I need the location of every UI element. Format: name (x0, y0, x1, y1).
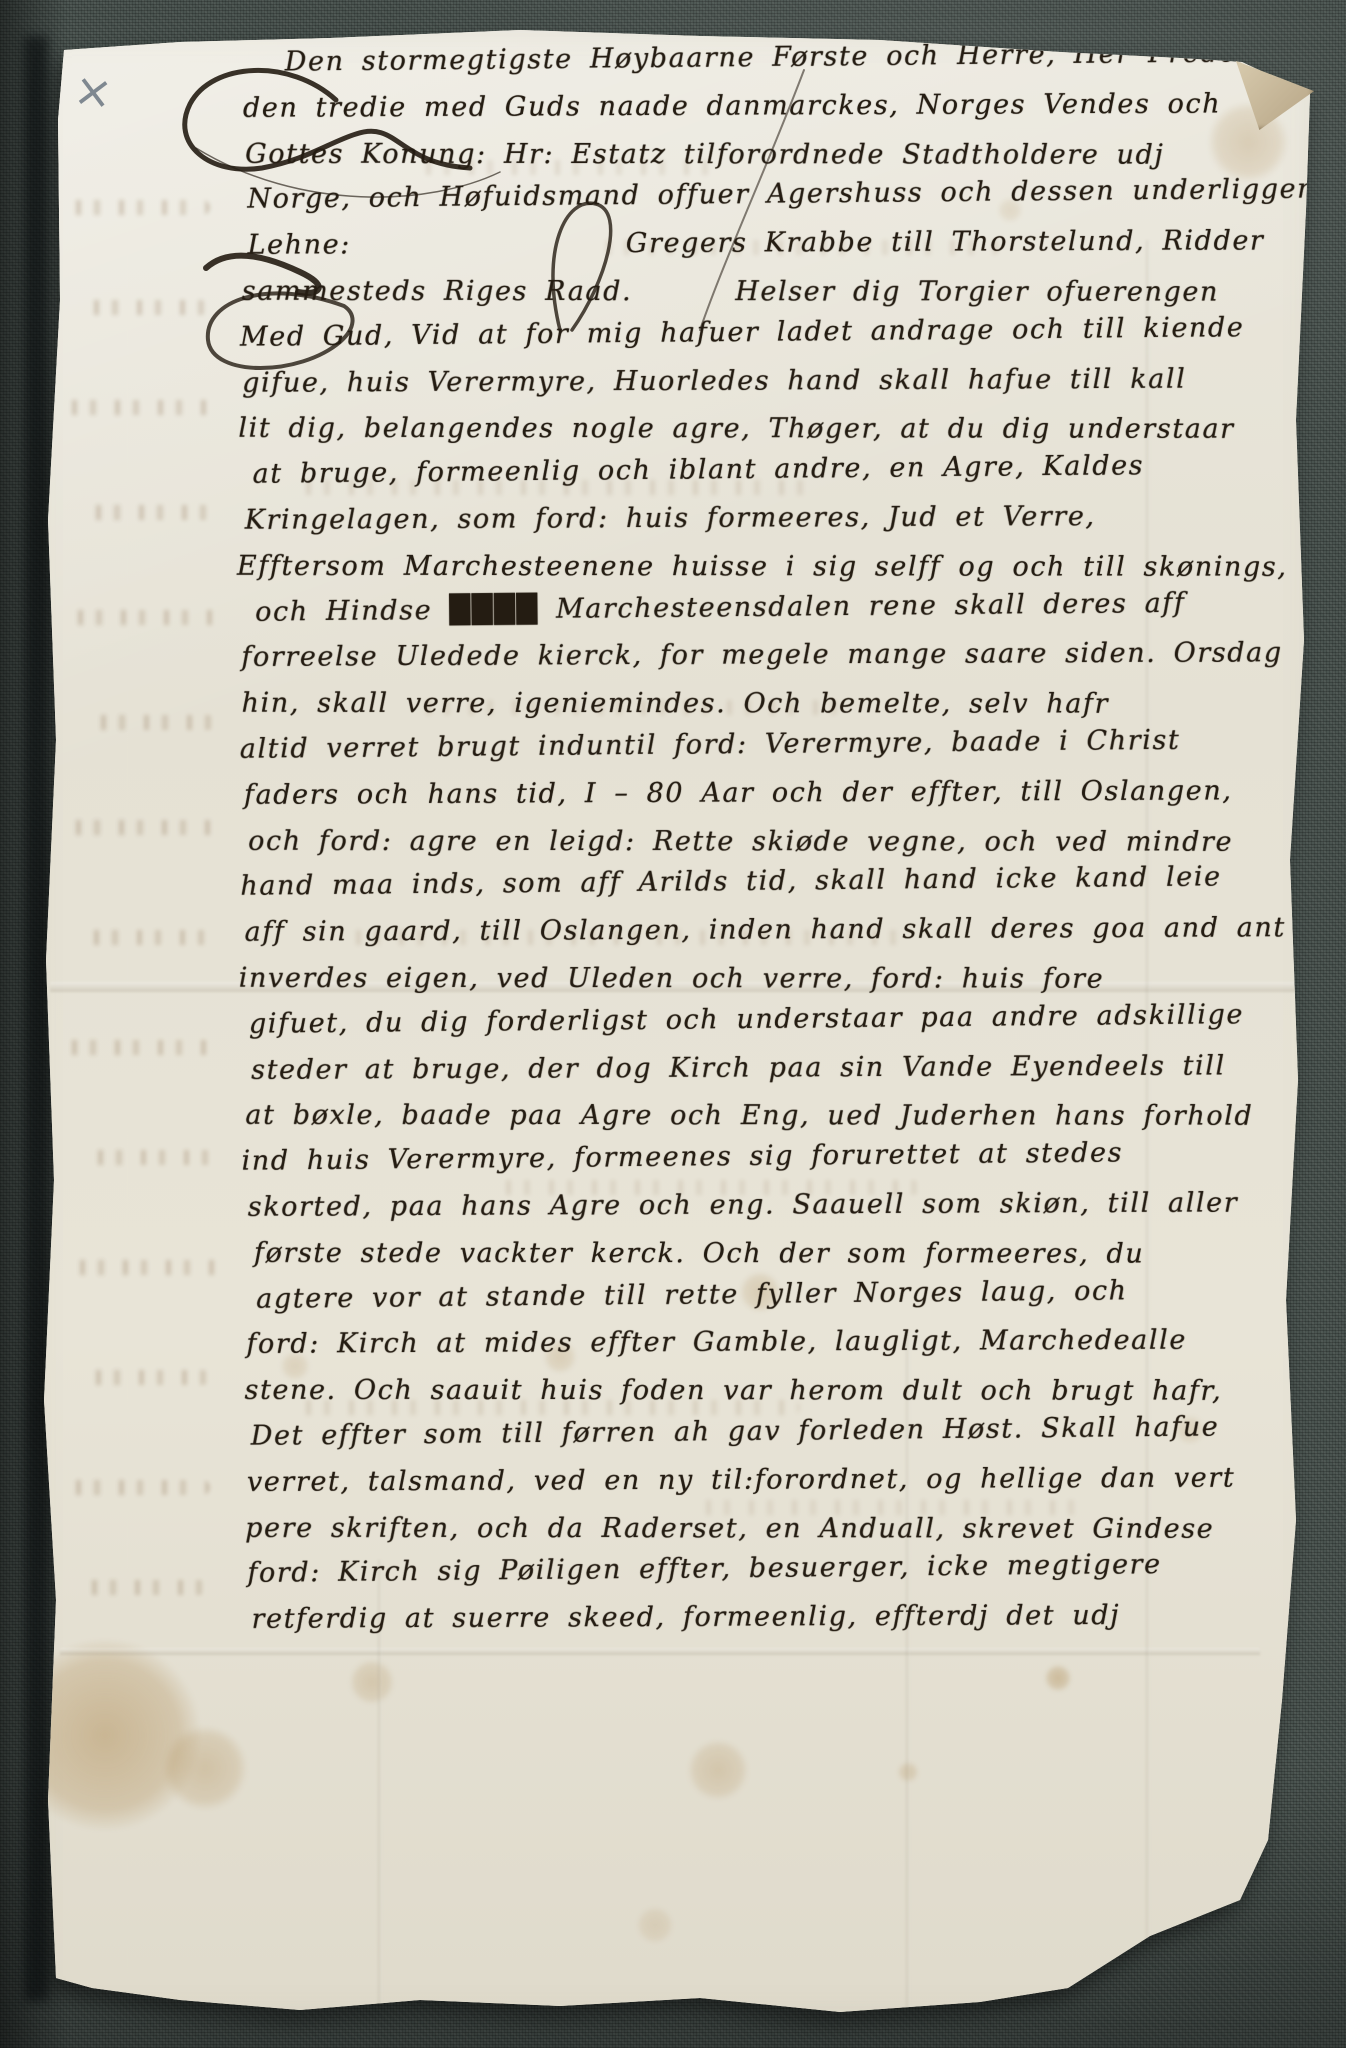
manuscript-line: lit dig, belangendes nogle agre, Thøger,… (238, 412, 1234, 447)
manuscript-line: forreelse Uledede kierck, for megele man… (241, 637, 1283, 675)
manuscript-line: faders och hans tid, I – 80 Aar och der … (244, 774, 1233, 812)
manuscript-line: Med Gud, Vid at for mig hafuer ladet and… (240, 311, 1245, 354)
manuscript-line: Kringelagen, som ford: huis formeeres, J… (245, 500, 1096, 537)
manuscript-line: retferdig at suerre skeed, formeenlig, e… (251, 1599, 1120, 1637)
manuscript-line: och Hindse ████ Marchesteensdalen rene s… (255, 586, 1186, 629)
manuscript-line: den tredie med Guds naade danmarckes, No… (243, 87, 1221, 125)
manuscript-line: och ford: agre en leigd: Rette skiøde ve… (248, 824, 1233, 859)
manuscript-line: gifue, huis Verermyre, Huorledes hand sk… (242, 362, 1186, 400)
manuscript-line: gifuet, du dig forderligst och understaa… (249, 998, 1244, 1041)
manuscript-line: Norge, och Høfuidsmand offuer Agershuss … (247, 172, 1346, 216)
manuscript-line: hin, skall verre, igeniemindes. Och beme… (242, 687, 1110, 722)
manuscript-line: at bruge, formeenlig och iblant andre, e… (252, 449, 1144, 491)
manuscript-line: skorted, paa hans Agre och eng. Saauell … (248, 1186, 1239, 1224)
manuscript-line: Den stormegtigste Høybaarne Første och H… (285, 36, 1298, 79)
manuscript-line: første stede vackter kerck. Och der som … (254, 1236, 1144, 1271)
manuscript-line: agtere vor at stande till rette fyller N… (256, 1274, 1128, 1316)
manuscript-line: pere skriften, och da Raderset, en Andua… (245, 1511, 1214, 1546)
manuscript-lines: Den stormegtigste Høybaarne Første och H… (0, 0, 1346, 2048)
manuscript-line: at bøxle, baade paa Agre och Eng, ued Ju… (245, 1099, 1253, 1134)
paper-wrap: Den stormegtigste Høybaarne Første och H… (0, 0, 1346, 2048)
manuscript-line: aff sin gaard, till Oslangen, inden hand… (245, 911, 1286, 949)
manuscript-line: steder at bruge, der dog Kirch paa sin V… (251, 1049, 1226, 1087)
manuscript-scan: Den stormegtigste Høybaarne Første och H… (0, 0, 1346, 2048)
manuscript-line: ford: Kirch at mides effter Gamble, laug… (246, 1324, 1187, 1362)
manuscript-line: altid verret brugt induntil ford: Vererm… (240, 724, 1181, 767)
manuscript-line: Efftersom Marchesteenene huisse i sig se… (237, 550, 1288, 585)
x-pencil-mark: × (71, 66, 116, 117)
manuscript-line: Gottes Konung: Hr: Estatz tilforordnede … (245, 137, 1164, 172)
manuscript-line: stene. Och saauit huis foden var herom d… (245, 1374, 1223, 1409)
manuscript-line: hand maa inds, som aff Arilds tid, skall… (240, 861, 1222, 904)
manuscript-line: ford: Kirch sig Pøiligen effter, besuerg… (247, 1548, 1162, 1591)
manuscript-line: ind huis Verermyre, formeenes sig forure… (241, 1136, 1123, 1178)
manuscript-line: Lehne: Gregers Krabbe till Thorstelund, … (248, 224, 1265, 262)
paper-sheet: Den stormegtigste Høybaarne Første och H… (0, 0, 1346, 2048)
manuscript-line: sammesteds Riges Raad. Helser dig Torgie… (242, 275, 1219, 310)
manuscript-line: verret, talsmand, ved en ny til:forordne… (247, 1461, 1235, 1499)
manuscript-line: inverdes eigen, ved Uleden och verre, fo… (239, 962, 1104, 997)
manuscript-line: Det effter som till førren ah gav forled… (251, 1410, 1220, 1453)
